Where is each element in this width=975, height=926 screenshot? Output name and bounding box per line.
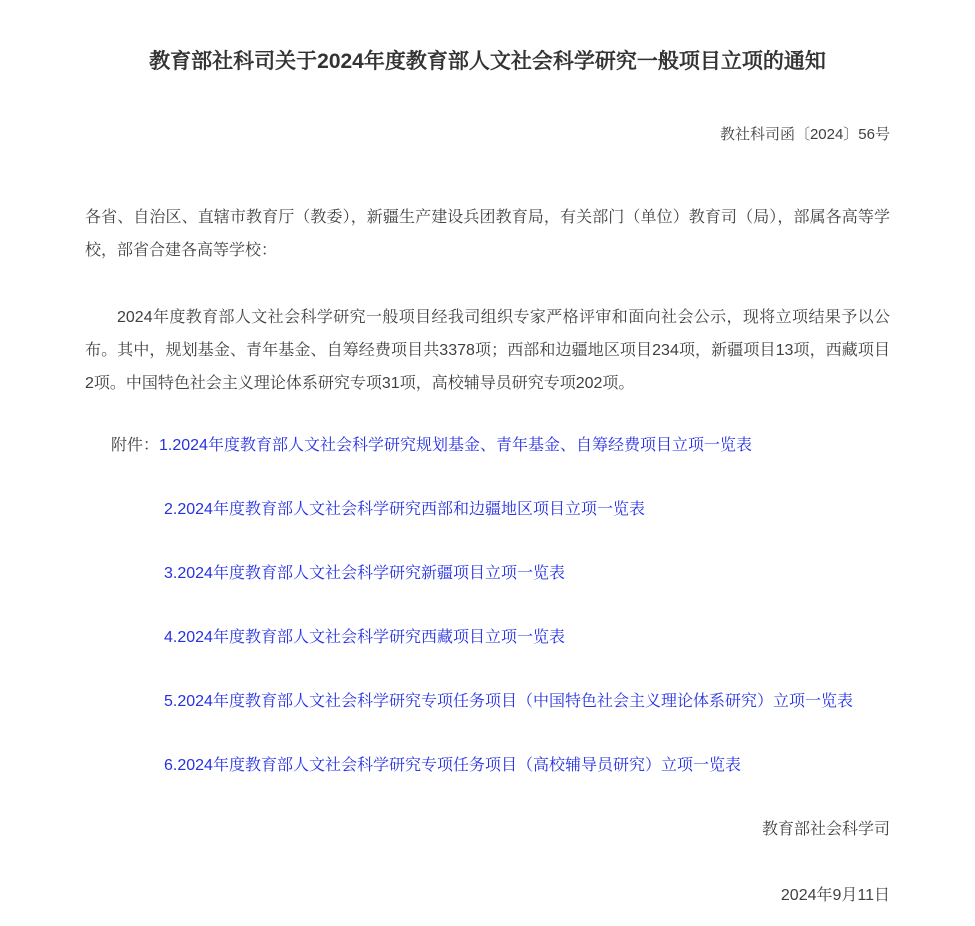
attachments-first-row: 附件：1.2024年度教育部人文社会科学研究规划基金、青年基金、自筹经费项目立项…	[85, 429, 890, 462]
attachment-link-2[interactable]: 2.2024年度教育部人文社会科学研究西部和边疆地区项目立项一览表	[164, 501, 645, 518]
recipients-paragraph: 各省、自治区、直辖市教育厅（教委），新疆生产建设兵团教育局，有关部门（单位）教育…	[85, 201, 890, 267]
issue-date: 2024年9月11日	[85, 879, 890, 912]
issuer-signature: 教育部社会科学司	[85, 813, 890, 846]
attachment-link-3[interactable]: 3.2024年度教育部人文社会科学研究新疆项目立项一览表	[164, 565, 565, 582]
document-number: 教社科司函〔2024〕56号	[85, 125, 890, 145]
attachments-section: 附件：1.2024年度教育部人文社会科学研究规划基金、青年基金、自筹经费项目立项…	[85, 429, 890, 782]
notice-body-paragraph: 2024年度教育部人文社会科学研究一般项目经我司组织专家严格评审和面向社会公示，…	[85, 301, 890, 400]
attachment-link-5[interactable]: 5.2024年度教育部人文社会科学研究专项任务项目（中国特色社会主义理论体系研究…	[164, 693, 853, 710]
attachment-row: 4.2024年度教育部人文社会科学研究西藏项目立项一览表	[85, 621, 890, 654]
attachments-label: 附件：	[111, 437, 159, 454]
attachment-link-4[interactable]: 4.2024年度教育部人文社会科学研究西藏项目立项一览表	[164, 629, 565, 646]
attachment-link-6[interactable]: 6.2024年度教育部人文社会科学研究专项任务项目（高校辅导员研究）立项一览表	[164, 757, 741, 774]
notice-document: 教育部社科司关于2024年度教育部人文社会科学研究一般项目立项的通知 教社科司函…	[85, 0, 890, 912]
attachment-link-1[interactable]: 1.2024年度教育部人文社会科学研究规划基金、青年基金、自筹经费项目立项一览表	[159, 437, 752, 454]
attachment-row: 6.2024年度教育部人文社会科学研究专项任务项目（高校辅导员研究）立项一览表	[85, 749, 890, 782]
attachment-row: 2.2024年度教育部人文社会科学研究西部和边疆地区项目立项一览表	[85, 493, 890, 526]
attachment-row: 3.2024年度教育部人文社会科学研究新疆项目立项一览表	[85, 557, 890, 590]
attachment-row: 5.2024年度教育部人文社会科学研究专项任务项目（中国特色社会主义理论体系研究…	[85, 685, 890, 718]
page-title: 教育部社科司关于2024年度教育部人文社会科学研究一般项目立项的通知	[85, 0, 890, 76]
